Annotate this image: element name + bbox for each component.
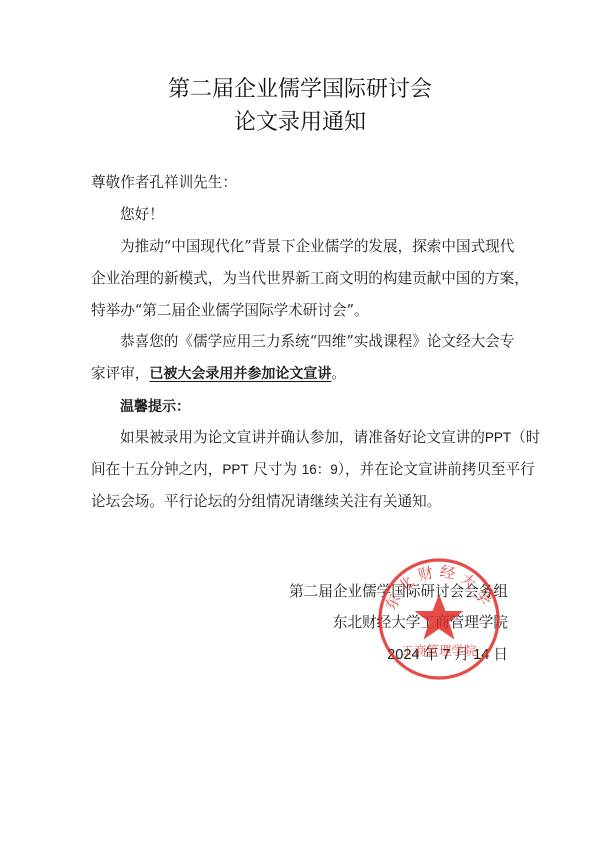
paragraph3-line3: 论坛会场。平行论坛的分组情况请继续关注有关通知。 bbox=[91, 493, 441, 511]
document-title-line2: 论文录用通知 bbox=[0, 110, 600, 136]
paragraph2-suffix: 。 bbox=[331, 365, 346, 382]
ppt-label: PPT bbox=[485, 430, 511, 445]
paragraph2-line1: 恭喜您的《儒学应用三力系统“四维”实战课程》论文经大会专 bbox=[120, 333, 514, 351]
paragraph1-line3: 特举办“第二届企业儒学国际学术研讨会”。 bbox=[91, 302, 369, 320]
acceptance-emphasis: 已被大会录用并参加论文宣讲 bbox=[149, 366, 331, 382]
paragraph2-line2: 家评审，已被大会录用并参加论文宣讲。 bbox=[91, 365, 346, 383]
paragraph3-line2: 间在十五分钟之内，PPT 尺寸为 16：9），并在论文宣讲前拷贝至平行 bbox=[91, 461, 535, 479]
document-page: 第二届企业儒学国际研讨会 论文录用通知 尊敬作者孔祥训先生： 您好！ 为推动“中… bbox=[0, 0, 600, 849]
tip-heading: 温馨提示： bbox=[120, 398, 190, 416]
ppt-label: PPT bbox=[222, 462, 248, 477]
salutation: 尊敬作者孔祥训先生： bbox=[91, 174, 237, 192]
paragraph1-line1: 为推动“中国现代化”背景下企业儒学的发展，探索中国式现代 bbox=[120, 238, 514, 256]
greeting: 您好！ bbox=[120, 206, 164, 224]
paragraph1-line2: 企业治理的新模式，为当代世界新工商文明的构建贡献中国的方案， bbox=[91, 270, 529, 288]
paragraph3-line2-tail: ），并在论文宣讲前拷贝至平行 bbox=[338, 461, 535, 478]
signature-organizer: 第二届企业儒学国际研讨会会务组 bbox=[289, 583, 508, 601]
document-title-line1: 第二届企业儒学国际研讨会 bbox=[0, 77, 600, 103]
paragraph3-line1-text: 如果被录用为论文宣讲并确认参加，请准备好论文宣讲的 bbox=[120, 429, 485, 446]
aspect-ratio: 16：9 bbox=[302, 462, 338, 477]
signature-date: 2024 年 7 月 14 日 bbox=[387, 646, 508, 664]
paragraph3-line1: 如果被录用为论文宣讲并确认参加，请准备好论文宣讲的PPT（时 bbox=[120, 429, 540, 447]
signature-institution: 东北财经大学工商管理学院 bbox=[333, 614, 508, 632]
paragraph3-line2-text: 间在十五分钟之内， bbox=[91, 461, 222, 478]
paragraph3-line2-mid: 尺寸为 bbox=[249, 461, 302, 478]
paragraph2-prefix: 家评审， bbox=[91, 365, 149, 382]
paragraph3-line1-tail: （时 bbox=[511, 429, 540, 446]
